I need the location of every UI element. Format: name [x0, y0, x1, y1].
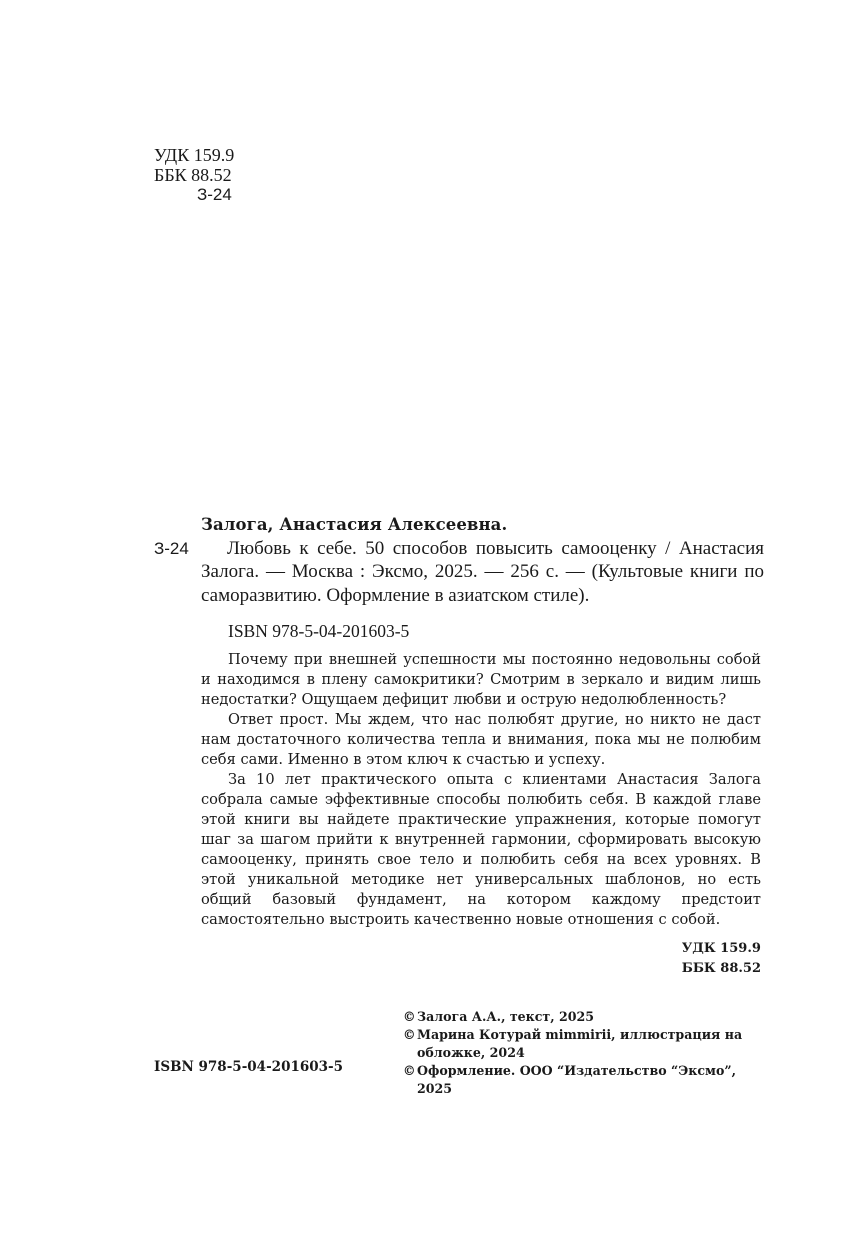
udk-code: УДК 159.9: [154, 145, 234, 165]
catalog-description-wrap: З-24 Любовь к себе. 50 способов повысить…: [154, 537, 764, 608]
top-classification-block: УДК 159.9 ББК 88.52 З-24: [154, 145, 234, 205]
author-mark: З-24: [154, 185, 234, 205]
copyright-icon: ©: [403, 1008, 417, 1026]
copyright-text: Залога А.А., текст, 2025: [417, 1009, 594, 1024]
annotation: Почему при внешней успешности мы постоян…: [201, 650, 761, 930]
copyright-line: ©Залога А.А., текст, 2025: [403, 1008, 773, 1026]
annotation-paragraph: Ответ прост. Мы ждем, что нас полюбят др…: [201, 710, 761, 770]
catalog-description: Любовь к себе. 50 способов повысить само…: [201, 537, 764, 608]
catalog-author-mark: З-24: [154, 537, 189, 561]
bottom-bbk-code: ББК 88.52: [682, 959, 761, 979]
annotation-paragraph: Почему при внешней успешности мы постоян…: [201, 650, 761, 710]
copyright-block: ©Залога А.А., текст, 2025 ©Марина Котура…: [403, 1008, 773, 1098]
catalog-author: Залога, Анастасия Алексеевна.: [201, 513, 764, 537]
bbk-code: ББК 88.52: [154, 165, 234, 185]
catalog-isbn: ISBN 978-5-04-201603-5: [228, 621, 409, 642]
copyright-line: ©Марина Котурай mimmirii, иллюстрация на…: [403, 1026, 773, 1062]
copyright-icon: ©: [403, 1062, 417, 1080]
bottom-udk-code: УДК 159.9: [682, 939, 761, 959]
catalog-entry: Залога, Анастасия Алексеевна. З-24 Любов…: [154, 513, 764, 607]
copyright-text: Оформление. ООО “Издательство “Эксмо”, 2…: [417, 1063, 736, 1096]
copyright-icon: ©: [403, 1026, 417, 1044]
bottom-classification-block: УДК 159.9 ББК 88.52: [682, 939, 761, 979]
annotation-paragraph: За 10 лет практического опыта с клиентам…: [201, 770, 761, 930]
isbn-bottom: ISBN 978-5-04-201603-5: [154, 1059, 343, 1075]
copyright-text: Марина Котурай mimmirii, иллюстрация на …: [417, 1027, 742, 1060]
copyright-line: ©Оформление. ООО “Издательство “Эксмо”, …: [403, 1062, 773, 1098]
